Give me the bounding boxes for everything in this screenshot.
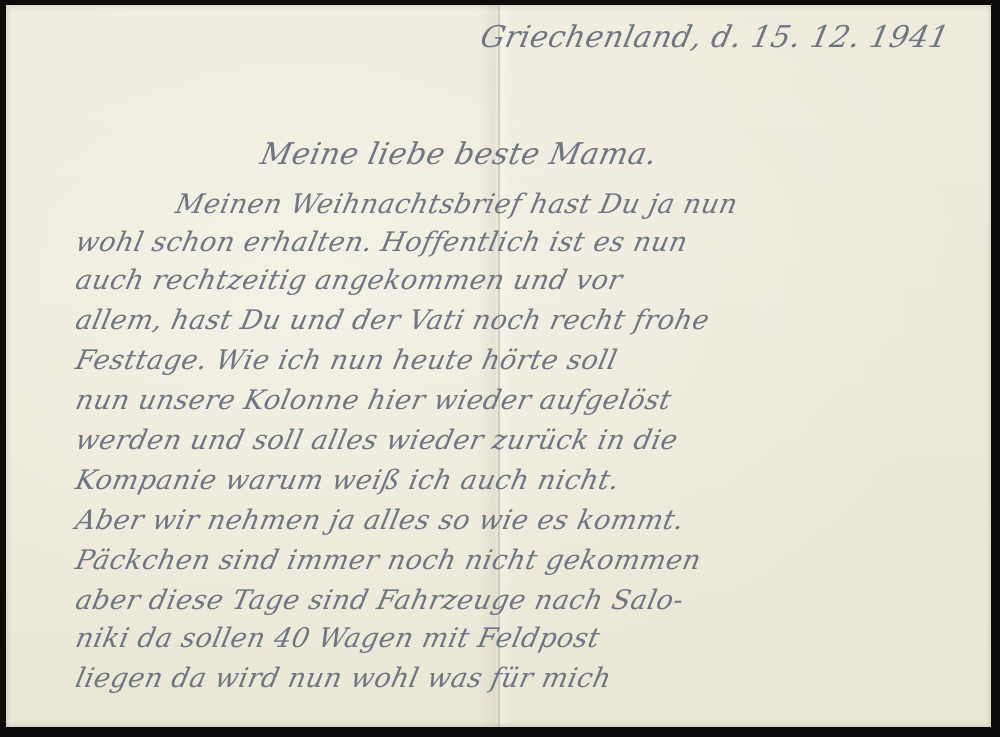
- letter-line: allem, hast Du und der Vati noch recht f…: [73, 305, 713, 336]
- letter-line: Festtage. Wie ich nun heute hörte soll: [73, 345, 620, 376]
- letter-line: werden und soll alles wieder zurück in d…: [73, 425, 681, 456]
- letter-line: auch rechtzeitig angekommen und vor: [73, 265, 626, 296]
- letter-dateline: Griechenland, d. 15. 12. 1941: [477, 20, 952, 55]
- letter-line: Päckchen sind immer noch nicht gekommen: [73, 545, 704, 576]
- letter-line: wohl schon erhalten. Hoffentlich ist es …: [73, 227, 691, 258]
- letter-line: Aber wir nehmen ja alles so wie es kommt…: [73, 505, 687, 536]
- letter-line: aber diese Tage sind Fahrzeuge nach Salo…: [73, 585, 687, 616]
- letter-line: Meinen Weihnachtsbrief hast Du ja nun: [173, 189, 741, 220]
- letter-line: liegen da wird nun wohl was für mich: [73, 663, 615, 694]
- letter-line: Kompanie warum weiß ich auch nicht.: [73, 465, 623, 496]
- letter-line: nun unsere Kolonne hier wieder aufgelöst: [73, 385, 675, 416]
- letter-sheet: Griechenland, d. 15. 12. 1941 Meine lieb…: [6, 5, 991, 727]
- letter-line: niki da sollen 40 Wagen mit Feldpost: [73, 623, 603, 654]
- letter-salutation: Meine liebe beste Mama.: [257, 137, 660, 172]
